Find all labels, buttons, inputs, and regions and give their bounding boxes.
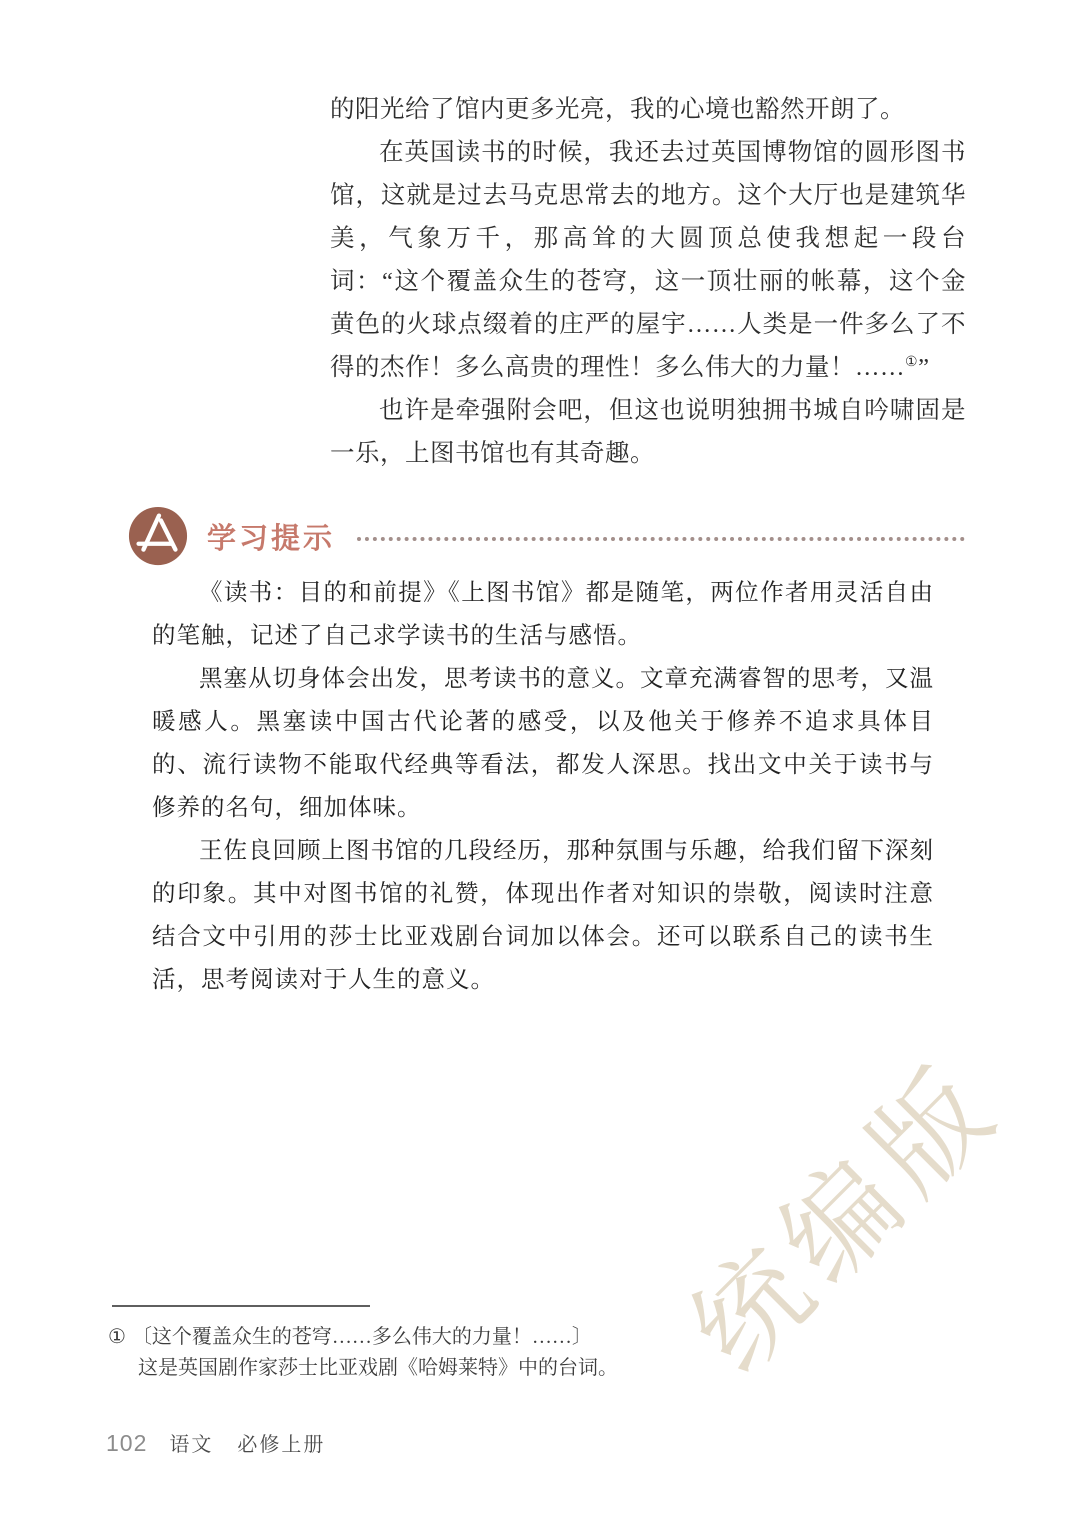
paragraph-text: 在英国读书的时候，我还去过英国博物馆的圆形图书馆，这就是过去马克思常去的地方。这…	[330, 139, 966, 381]
textbook-page: 的阳光给了馆内更多光亮，我的心境也豁然开朗了。 在英国读书的时候，我还去过英国博…	[0, 0, 1080, 1527]
footnote-divider	[112, 1305, 370, 1307]
subject-label: 语文	[169, 1428, 213, 1457]
closing-quote: ”	[918, 354, 929, 381]
page-footer: 102 语文 必修上册	[106, 1428, 325, 1457]
footnote-marker: ①	[108, 1322, 126, 1353]
tips-paragraph: 王佐良回顾上图书馆的几段经历，那种氛围与乐趣，给我们留下深刻的印象。其中对图书馆…	[152, 830, 934, 1002]
tips-paragraph: 黑塞从切身体会出发，思考读书的意义。文章充满睿智的思考，又温暖感人。黑塞读中国古…	[152, 658, 934, 830]
study-tips-text: 《读书：目的和前提》《上图书馆》都是随笔，两位作者用灵活自由的笔触，记述了自己求…	[152, 572, 934, 1002]
edition-watermark: 统编版	[628, 998, 1053, 1423]
page-number: 102	[106, 1430, 147, 1457]
footnote-explanation: 这是英国剧作家莎士比亚戏剧《哈姆莱特》中的台词。	[138, 1353, 668, 1384]
dotted-divider	[357, 537, 965, 541]
paragraph-continuation: 的阳光给了馆内更多光亮，我的心境也豁然开朗了。	[330, 88, 966, 131]
main-text: 的阳光给了馆内更多光亮，我的心境也豁然开朗了。 在英国读书的时候，我还去过英国博…	[330, 88, 966, 475]
volume-label: 必修上册	[237, 1428, 325, 1457]
footnote-ref-marker: ①	[905, 355, 918, 370]
paragraph: 在英国读书的时候，我还去过英国博物馆的圆形图书馆，这就是过去马克思常去的地方。这…	[330, 131, 966, 389]
footnote: ① 〔这个覆盖众生的苍穹……多么伟大的力量！……〕 这是英国剧作家莎士比亚戏剧《…	[108, 1322, 668, 1384]
study-tips-title: 学习提示	[207, 516, 335, 557]
pep-logo-icon	[127, 505, 189, 567]
tips-paragraph: 《读书：目的和前提》《上图书馆》都是随笔，两位作者用灵活自由的笔触，记述了自己求…	[152, 572, 934, 658]
footnote-quote: 〔这个覆盖众生的苍穹……多么伟大的力量！……〕	[132, 1322, 592, 1353]
paragraph: 也许是牵强附会吧，但这也说明独拥书城自吟啸固是一乐，上图书馆也有其奇趣。	[330, 389, 966, 475]
study-tips-header: 学习提示	[127, 503, 965, 569]
footnote-line: ① 〔这个覆盖众生的苍穹……多么伟大的力量！……〕	[108, 1322, 668, 1353]
